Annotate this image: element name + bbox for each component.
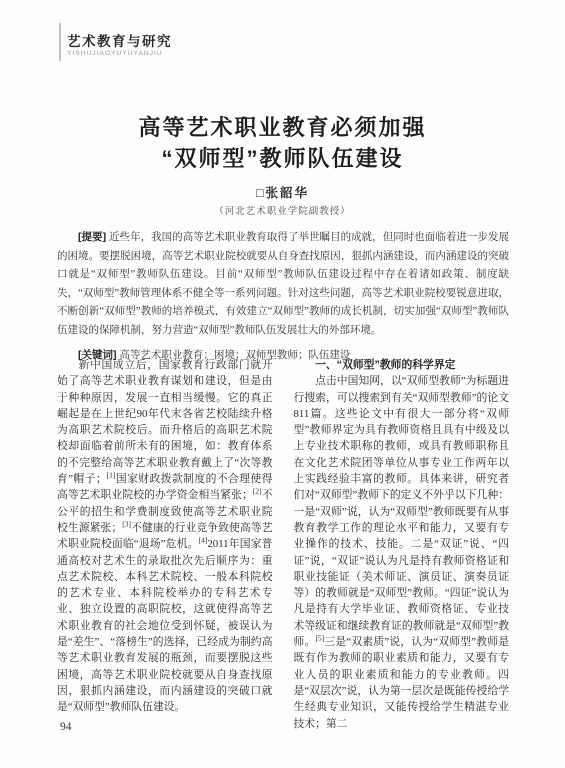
abstract-section: [提要] 近些年，我国的高等艺术职业教育取得了举世瞩目的成就，但同时也面临着进一… — [57, 228, 509, 365]
article-title: 高等艺术职业教育必须加强 “双师型”教师队伍建设 — [0, 112, 565, 174]
section-heading: 一、“双师型”教师的科学界定 — [294, 357, 510, 373]
body-columns: 新中国成立后，国家教育行政部门就开始了高等艺术职业教育谋划和建设，但是由于种种原… — [57, 357, 509, 732]
right-column: 一、“双师型”教师的科学界定 点击中国知网，以“双师型教师”为标题进行搜索，可以… — [294, 357, 510, 732]
left-column: 新中国成立后，国家教育行政部门就开始了高等艺术职业教育谋划和建设，但是由于种种原… — [57, 357, 273, 732]
article-title-line-2: “双师型”教师队伍建设 — [0, 143, 565, 174]
author-name: □张韶华 — [0, 183, 565, 201]
abstract-label: [提要] — [78, 231, 109, 243]
masthead-rule — [59, 23, 61, 61]
journal-page: 艺术教育与研究 YISHUJIAOYUYUYANJIU 高等艺术职业教育必须加强… — [0, 0, 565, 768]
page-number: 94 — [60, 721, 72, 733]
journal-name: 艺术教育与研究 — [67, 34, 172, 49]
journal-masthead: 艺术教育与研究 YISHUJIAOYUYUYANJIU — [67, 34, 172, 58]
journal-pinyin: YISHUJIAOYUYUYANJIU — [67, 50, 172, 58]
left-column-paragraph: 新中国成立后，国家教育行政部门就开始了高等艺术职业教育谋划和建设，但是由于种种原… — [57, 357, 273, 716]
article-title-line-1: 高等艺术职业教育必须加强 — [0, 112, 565, 143]
author-affiliation: （河北艺术职业学院副教授） — [0, 203, 565, 217]
abstract-text: 近些年，我国的高等艺术职业教育取得了举世瞩目的成就，但同时也面临着进一步发展的困… — [57, 232, 509, 336]
abstract-paragraph: [提要] 近些年，我国的高等艺术职业教育取得了举世瞩目的成就，但同时也面临着进一… — [57, 228, 509, 341]
right-column-paragraph: 点击中国知网，以“双师型教师”为标题进行搜索，可以搜索到有关“双师型教师”的论文… — [294, 373, 510, 732]
